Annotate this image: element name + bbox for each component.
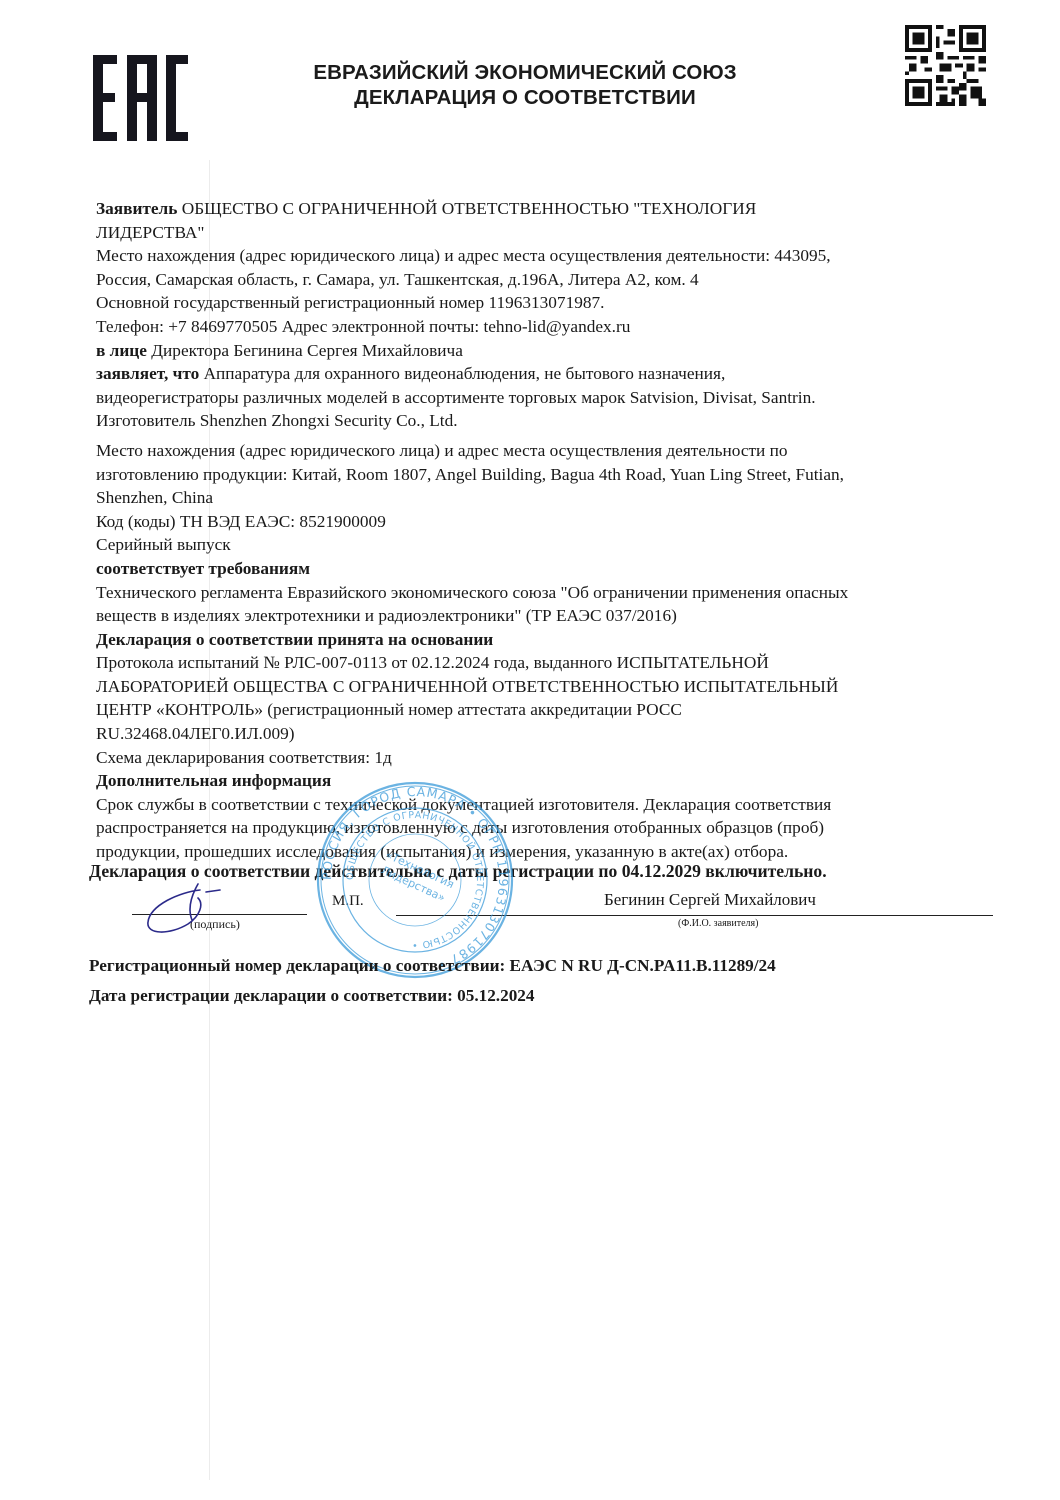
product-line-1: Аппаратура для охранного видеонаблюдения… — [204, 364, 726, 383]
declares-line: заявляет, что Аппаратура для охранного в… — [96, 362, 996, 386]
validity-statement: Декларация о соответствии действительна … — [89, 861, 827, 882]
signer-caption: (Ф.И.О. заявителя) — [678, 918, 758, 929]
applicant-name-cont: ЛИДЕРСТВА" — [96, 221, 996, 245]
signer-name-line — [396, 915, 993, 916]
declaration-scheme: Схема декларирования соответствия: 1д — [96, 746, 996, 770]
declares-label: заявляет, что — [96, 364, 199, 383]
additional-line-1: Срок службы в соответствии с технической… — [96, 793, 996, 817]
requirements-heading: соответствует требованиям — [96, 557, 996, 581]
title-declaration: ДЕКЛАРАЦИЯ О СООТВЕТСТВИИ — [255, 85, 795, 110]
basis-heading: Декларация о соответствии принята на осн… — [96, 628, 996, 652]
applicant-address-1: Место нахождения (адрес юридического лиц… — [96, 244, 996, 268]
requirements-line-1: Технического регламента Евразийского эко… — [96, 581, 996, 605]
product-line-2: видеорегистраторы различных моделей в ас… — [96, 386, 996, 410]
applicant-contacts: Телефон: +7 8469770505 Адрес электронной… — [96, 315, 996, 339]
eac-logo-icon — [93, 55, 188, 141]
signer-name: Бегинин Сергей Михайлович — [604, 890, 816, 910]
registration-date: Дата регистрации декларации о соответств… — [89, 986, 534, 1006]
requirements-line-2: веществ в изделиях электротехники и ради… — [96, 604, 996, 628]
signature-caption: (подпись) — [190, 917, 240, 932]
mfr-address-1: Место нахождения (адрес юридического лиц… — [96, 439, 996, 463]
basis-line-4: RU.32468.04ЛЕГ0.ИЛ.009) — [96, 722, 996, 746]
mfr-address-3: Shenzhen, China — [96, 486, 996, 510]
seal-label: М.П. — [332, 893, 364, 910]
hs-code: Код (коды) ТН ВЭД ЕАЭС: 8521900009 — [96, 510, 996, 534]
title-union: ЕВРАЗИЙСКИЙ ЭКОНОМИЧЕСКИЙ СОЮЗ — [255, 60, 795, 85]
additional-line-2: распространяется на продукцию, изготовле… — [96, 816, 996, 840]
mfr-address-2: изготовлению продукции: Китай, Room 1807… — [96, 463, 996, 487]
qr-code-icon — [905, 25, 986, 106]
additional-heading: Дополнительная информация — [96, 769, 996, 793]
applicant-line: Заявитель ОБЩЕСТВО С ОГРАНИЧЕННОЙ ОТВЕТС… — [96, 197, 996, 221]
represented-by: Директора Бегинина Сергея Михайловича — [151, 341, 463, 360]
registration-number: Регистрационный номер декларации о соотв… — [89, 956, 776, 976]
applicant-label: Заявитель — [96, 199, 177, 218]
basis-line-3: ЦЕНТР «КОНТРОЛЬ» (регистрационный номер … — [96, 698, 996, 722]
declaration-body: Заявитель ОБЩЕСТВО С ОГРАНИЧЕННОЙ ОТВЕТС… — [96, 197, 996, 864]
production-type: Серийный выпуск — [96, 533, 996, 557]
represented-label: в лице — [96, 341, 147, 360]
applicant-name: ОБЩЕСТВО С ОГРАНИЧЕННОЙ ОТВЕТСТВЕННОСТЬЮ… — [182, 199, 757, 218]
applicant-address-2: Россия, Самарская область, г. Самара, ул… — [96, 268, 996, 292]
represented-line: в лице Директора Бегинина Сергея Михайло… — [96, 339, 996, 363]
manufacturer: Изготовитель Shenzhen Zhongxi Security C… — [96, 409, 996, 433]
basis-line-1: Протокола испытаний № РЛС-007-0113 от 02… — [96, 651, 996, 675]
document-title: ЕВРАЗИЙСКИЙ ЭКОНОМИЧЕСКИЙ СОЮЗ ДЕКЛАРАЦИ… — [255, 60, 795, 110]
applicant-ogrn: Основной государственный регистрационный… — [96, 291, 996, 315]
basis-line-2: ЛАБОРАТОРИЕЙ ОБЩЕСТВА С ОГРАНИЧЕННОЙ ОТВ… — [96, 675, 996, 699]
signature-line — [132, 914, 307, 915]
